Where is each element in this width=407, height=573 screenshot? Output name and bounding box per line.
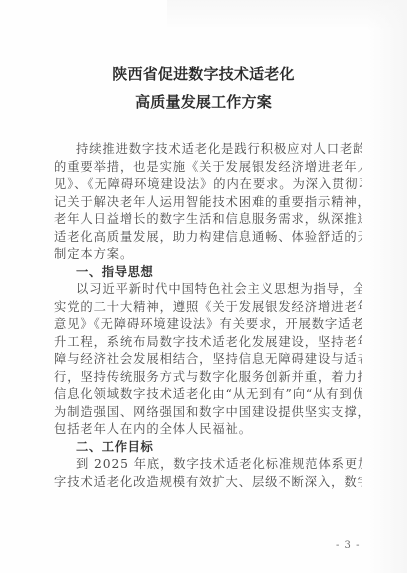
- body-line: 意见》《无障碍环境建设法》有关要求，开展数字适老化能力提: [54, 316, 362, 334]
- scan-shadow-top: [167, 0, 407, 30]
- section-heading-guiding-ideology: 一、指导思想: [54, 264, 362, 282]
- body-line: 适老化高质量发展，助力构建信息通畅、体验舒适的无障碍环境，: [54, 229, 362, 247]
- body-line: 行，坚持传统服务方式与数字化服务创新并重，着力推动工业和: [54, 369, 362, 387]
- page-number: - 3 -: [336, 540, 360, 551]
- scan-shadow-right: [367, 0, 407, 573]
- body-line: 字技术适老化改造规模有效扩大、层级不断深入，数字产品服务: [54, 474, 362, 492]
- document-title-line-1: 陕西省促进数字技术适老化: [0, 67, 407, 82]
- body-line: 信息化领域数字技术适老化由“从无到有”向“从有到优”迈进，: [54, 386, 362, 404]
- document-page: 陕西省促进数字技术适老化 高质量发展工作方案 持续推进数字技术适老化是践行积极应…: [0, 0, 407, 573]
- body-line: 为制造强国、网络强国和数字中国建设提供坚实支撑，助力增进: [54, 404, 362, 422]
- body-line: 包括老年人在内的全体人民福祉。: [54, 421, 362, 439]
- body-line: 到 2025 年底，数字技术适老化标准规范体系更加健全，数: [54, 456, 362, 474]
- body-line: 障与经济社会发展相结合，坚持信息无障碍建设与适老化改造并: [54, 351, 362, 369]
- document-body: 持续推进数字技术适老化是践行积极应对人口老龄化战略 的重要举措，也是实施《关于发…: [54, 141, 362, 491]
- section-heading-work-goals: 二、工作目标: [54, 439, 362, 457]
- body-line: 记关于解决老年人运用智能技术困难的重要指示精神，更好满足: [54, 194, 362, 212]
- body-line: 的重要举措，也是实施《关于发展银发经济增进老年人福祉的意: [54, 159, 362, 177]
- body-line: 实党的二十大精神，遵照《关于发展银发经济增进老年人福祉的: [54, 299, 362, 317]
- body-line: 见》、《无障碍环境建设法》的内在要求。为深入贯彻习近平总书: [54, 176, 362, 194]
- body-line: 持续推进数字技术适老化是践行积极应对人口老龄化战略: [54, 141, 362, 159]
- body-line: 以习近平新时代中国特色社会主义思想为指导，全面贯彻落: [54, 281, 362, 299]
- body-line: 升工程，系统布局数字技术适老化发展建设，坚持老年人权益保: [54, 334, 362, 352]
- document-title-line-2: 高质量发展工作方案: [0, 95, 407, 110]
- body-line: 老年人日益增长的数字生活和信息服务需求，纵深推进数字技术: [54, 211, 362, 229]
- body-line: 制定本方案。: [54, 246, 362, 264]
